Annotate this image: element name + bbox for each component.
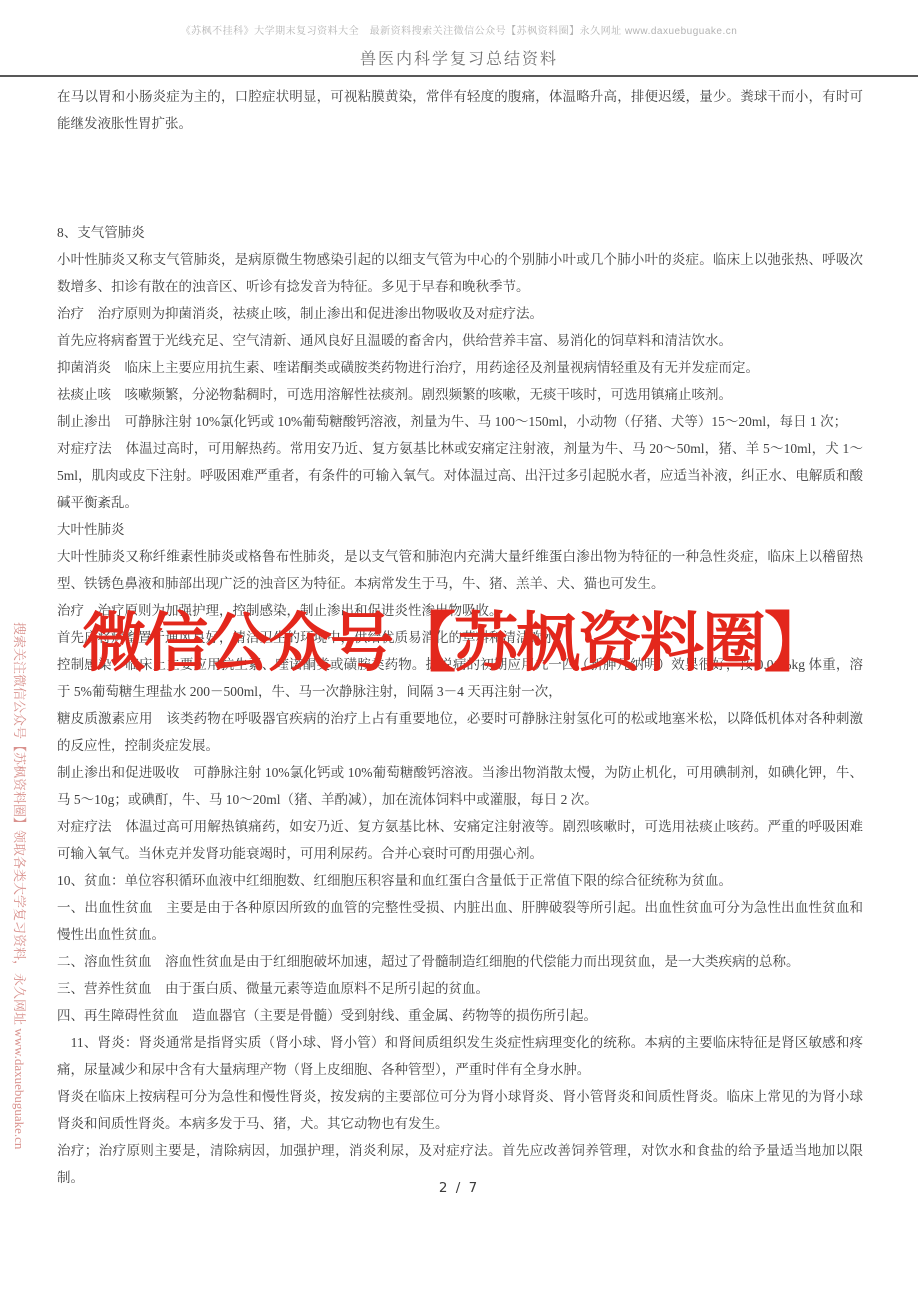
- paragraph: 四、再生障碍性贫血 造血器官（主要是骨髓）受到射线、重金属、药物等的损伤所引起。: [57, 1002, 863, 1029]
- side-vertical-watermark: 搜索关注微信公众号【苏枫资料圈】领取各类大学复习资料，永久网址 www.daxu…: [11, 622, 30, 1149]
- paragraph: 治疗 治疗原则为抑菌消炎，祛痰止咳，制止渗出和促进渗出物吸收及对症疗法。: [57, 300, 863, 327]
- paragraph: 对症疗法 体温过高时，可用解热药。常用安乃近、复方氨基比林或安痛定注射液，剂量为…: [57, 435, 863, 516]
- paragraph: 祛痰止咳 咳嗽频繁，分泌物黏稠时，可选用溶解性祛痰剂。剧烈频繁的咳嗽，无痰干咳时…: [57, 381, 863, 408]
- page-header: 《苏枫不挂科》大学期末复习资料大全 最新资料搜索关注微信公众号【苏枫资料圈】永久…: [0, 0, 918, 77]
- paragraph: 肾炎在临床上按病程可分为急性和慢性肾炎，按发病的主要部位可分为肾小球肾炎、肾小管…: [57, 1083, 863, 1137]
- red-watermark: 微信公众号【苏枫资料圈】: [82, 592, 826, 684]
- paragraph: 对症疗法 体温过高可用解热镇痛药，如安乃近、复方氨基比林、安痛定注射液等。剧烈咳…: [57, 813, 863, 867]
- page-number: 2 / 7: [0, 1180, 918, 1196]
- paragraph: 8、支气管肺炎: [57, 219, 863, 246]
- paragraph: 小叶性肺炎又称支气管肺炎，是病原微生物感染引起的以细支气管为中心的个别肺小叶或几…: [57, 246, 863, 300]
- paragraph: 制止渗出 可静脉注射 10%氯化钙或 10%葡萄糖酸钙溶液，剂量为牛、马 100…: [57, 408, 863, 435]
- paragraph: 在马以胃和小肠炎症为主的，口腔症状明显，可视粘膜黄染，常伴有轻度的腹痛，体温略升…: [57, 83, 863, 137]
- paragraph: 三、营养性贫血 由于蛋白质、微量元素等造血原料不足所引起的贫血。: [57, 975, 863, 1002]
- paragraph: 10、贫血：单位容积循环血液中红细胞数、红细胞压积容量和血红蛋白含量低于正常值下…: [57, 867, 863, 894]
- paragraph: 糖皮质激素应用 该类药物在呼吸器官疾病的治疗上占有重要地位，必要时可静脉注射氢化…: [57, 705, 863, 759]
- paragraph: 首先应将病畜置于光线充足、空气清新、通风良好且温暖的畜舍内，供给营养丰富、易消化…: [57, 327, 863, 354]
- paragraph: 大叶性肺炎又称纤维素性肺炎或格鲁布性肺炎，是以支气管和肺泡内充满大量纤维蛋白渗出…: [57, 543, 863, 597]
- paragraph: 11、肾炎：肾炎通常是指肾实质（肾小球、肾小管）和肾间质组织发生炎症性病理变化的…: [57, 1029, 863, 1083]
- paragraph: 大叶性肺炎: [57, 516, 863, 543]
- title-divider: [0, 75, 918, 77]
- paragraph: 制止渗出和促进吸收 可静脉注射 10%氯化钙或 10%葡萄糖酸钙溶液。当渗出物消…: [57, 759, 863, 813]
- paragraph: 一、出血性贫血 主要是由于各种原因所致的血管的完整性受损、内脏出血、肝脾破裂等所…: [57, 894, 863, 948]
- blank-gap: [57, 137, 863, 219]
- header-promo-text: 《苏枫不挂科》大学期末复习资料大全 最新资料搜索关注微信公众号【苏枫资料圈】永久…: [0, 22, 918, 37]
- paragraph: 抑菌消炎 临床上主要应用抗生素、喹诺酮类或磺胺类药物进行治疗，用药途径及剂量视病…: [57, 354, 863, 381]
- document-title: 兽医内科学复习总结资料: [0, 46, 918, 69]
- paragraph: 二、溶血性贫血 溶血性贫血是由于红细胞破坏加速，超过了骨髓制造红细胞的代偿能力而…: [57, 948, 863, 975]
